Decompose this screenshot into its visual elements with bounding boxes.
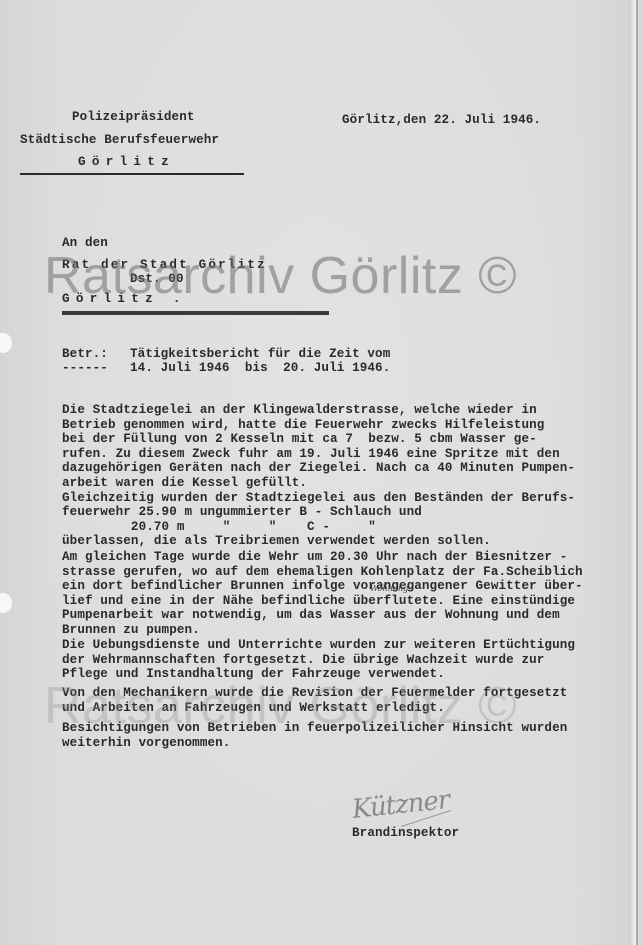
text-line: Besichtigungen von Betrieben in feuerpol… — [62, 721, 567, 736]
subject-underline: ------ — [62, 361, 108, 376]
punch-hole — [0, 593, 12, 613]
recipient-line-1: Rat der Stadt Görlitz — [62, 258, 267, 273]
body-paragraph-4: Von den Mechanikern wurde die Revision d… — [62, 686, 567, 715]
text-line: Die Stadtziegelei an der Klingewalderstr… — [62, 403, 575, 418]
recipient-line-3: Görlitz . — [62, 292, 187, 307]
text-line: weiterhin vorgenommen. — [62, 736, 567, 751]
text-line: Pumpenarbeit war notwendig, um das Wasse… — [62, 608, 583, 623]
text-line: Am gleichen Tage wurde die Wehr um 20.30… — [62, 550, 583, 565]
letterhead-rule — [20, 173, 244, 175]
body-paragraph-3: Die Uebungsdienste und Unterrichte wurde… — [62, 638, 575, 682]
handwritten-insertion: Wohnung — [370, 584, 408, 593]
subject-text-2: 14. Juli 1946 bis 20. Juli 1946. — [130, 361, 390, 376]
recipient-salutation: An den — [62, 236, 108, 251]
text-line: Die Uebungsdienste und Unterrichte wurde… — [62, 638, 575, 653]
text-line: arbeit waren die Kessel gefüllt. — [62, 476, 575, 491]
letterhead-line-1: Polizeipräsident — [72, 110, 195, 125]
text-line: bei der Füllung von 2 Kesseln mit ca 7 b… — [62, 432, 575, 447]
document-page: Polizeipräsident Städtische Berufsfeuerw… — [0, 0, 638, 945]
text-line: dazugehörigen Geräten nach der Ziegelei.… — [62, 461, 575, 476]
text-line: Betrieb genommen wird, hatte die Feuerwe… — [62, 418, 575, 433]
text-line: Brunnen zu pumpen. — [62, 623, 583, 638]
letterhead-line-2: Städtische Berufsfeuerwehr — [20, 133, 219, 148]
text-line: strasse gerufen, wo auf dem ehemaligen K… — [62, 565, 583, 580]
date-line: Görlitz,den 22. Juli 1946. — [342, 113, 541, 128]
body-paragraph-2: Am gleichen Tage wurde die Wehr um 20.30… — [62, 550, 583, 638]
punch-hole — [0, 333, 12, 353]
subject-label: Betr.: — [62, 347, 108, 362]
text-line: der Wehrmannschaften fortgesetzt. Die üb… — [62, 653, 575, 668]
text-line: Von den Mechanikern wurde die Revision d… — [62, 686, 567, 701]
text-line: feuerwehr 25.90 m ungummierter B - Schla… — [62, 505, 575, 520]
signature-title: Brandinspektor — [352, 826, 459, 841]
letterhead-line-3: Görlitz — [78, 155, 175, 170]
paper-edge — [629, 0, 636, 945]
text-line: lief und eine in der Nähe befindliche üb… — [62, 594, 583, 609]
text-line: ein dort befindlicher Brunnen infolge vo… — [62, 579, 583, 594]
subject-text-1: Tätigkeitsbericht für die Zeit vom — [130, 347, 390, 362]
text-line: Pflege und Instandhaltung der Fahrzeuge … — [62, 667, 575, 682]
text-line: rufen. Zu diesem Zweck fuhr am 19. Juli … — [62, 447, 575, 462]
text-line: überlassen, die als Treibriemen verwende… — [62, 534, 575, 549]
body-paragraph-5: Besichtigungen von Betrieben in feuerpol… — [62, 721, 567, 750]
recipient-line-2: Dst. 00 — [130, 272, 184, 287]
text-line: und Arbeiten an Fahrzeugen und Werkstatt… — [62, 701, 567, 716]
text-line: Gleichzeitig wurden der Stadtziegelei au… — [62, 491, 575, 506]
body-paragraph-1: Die Stadtziegelei an der Klingewalderstr… — [62, 403, 575, 549]
recipient-double-rule — [62, 311, 329, 315]
text-line: 20.70 m " " C - " — [62, 520, 575, 535]
handwritten-signature: Kützner — [351, 785, 451, 825]
